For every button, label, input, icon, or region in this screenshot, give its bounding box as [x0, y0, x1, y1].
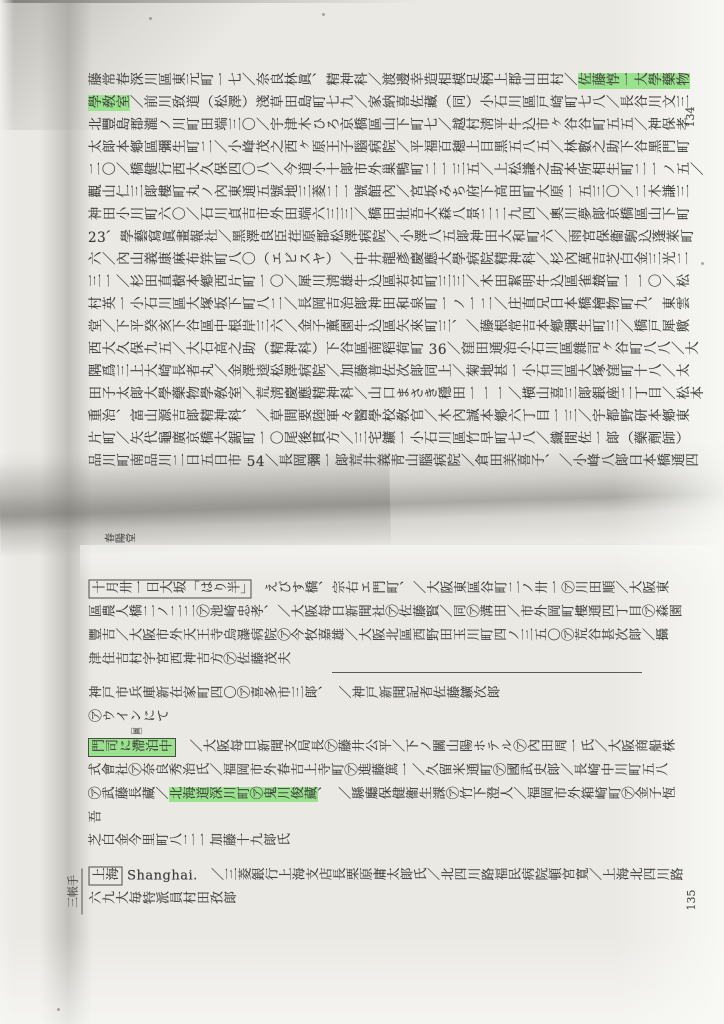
scan-light-bottom	[0, 934, 724, 1024]
text-segment: ㋐武藤長藏／	[88, 787, 169, 802]
text-line: 西大久保九五／大石高之助（精神科）下谷區南稻荷町 36／窪田通治小石川區雜司ヶ谷…	[88, 339, 670, 361]
text-segment: 神戸市兵庫新在家町四〇㋐喜多市三郞、 ／神戸新聞記者佐藤鑛次郞	[88, 686, 500, 701]
kobe-entries-inner: 神戸市兵庫新在家町四〇㋐喜多市三郞、 ／神戸新聞記者佐藤鑛次郞㋐ウインにて	[88, 682, 670, 729]
text-segment: えびす橋、宗右エ門町、／大阪東區谷町二ノ卅一㋐川田順／大阪東	[251, 581, 670, 596]
text-segment: 、 ／縣廳保健衞生課㋐竹下澄人／福岡市外箱崎町㋐金子恆	[318, 787, 676, 802]
text-line: 片町／矢代龜廣京橋大鋸町一〇尾後貫方／三宅鑛一小石川區竹早町七八／織閒佐一郞（藥…	[88, 429, 670, 451]
osaka-entries: 十月卅一日大坂「はり半」 えびす橋、宗右エ門町、／大阪東區谷町二ノ卅一㋐川田順／…	[88, 577, 702, 672]
kobe-entries: 神戸市兵庫新在家町四〇㋐喜多市三郞、 ／神戸新聞記者佐藤鑛次郞㋐ウインにて	[88, 682, 670, 729]
text-segment: 堂／下平癸亥下谷區中根岸三六／金子薰園牛込區矢來町三、／藤根常吉本鄕彌生町三／橋…	[88, 319, 690, 335]
text-line: 重治、富山源吉郞精神科、／草間要陸軍々醫學校敎官／木內誠本鄕六丁目一三／宇都野研…	[88, 406, 670, 428]
text-segment: 田子太郞大學藥物學敎室／荒淸慶應精神科／山口まさき穩田一一一／橫山喜三郞銀座二丁…	[88, 387, 704, 403]
text-segment: 六九大毎特派員村田孜郞	[88, 892, 237, 907]
text-line: 田子太郞大學藥物學敎室／荒淸慶應精神科／山口まさき穩田一一一／橫山喜三郞銀座二丁…	[88, 384, 670, 406]
page-number-135-text: 135	[681, 878, 701, 922]
text-line: 三一／杉田直樹本鄕西片町一〇／犀川淸雄牛込區若宮町三三／木田絜明牛込區雀樷町一一…	[88, 272, 670, 294]
text-line: 吾	[88, 807, 702, 831]
text-segment: 北豐島郡瀧ノ川町田端三〇／宇津木ひろ京橋區山下町七／越村淸平牛込市ヶ谷谷町五五／…	[88, 118, 690, 134]
text-segment: 式會社㋐奈良秀治氏／福岡市外春吉上寺町㋐進藤篤一／久留米通町㋐國武史郞／長崎中川…	[88, 764, 669, 779]
text-line: 村英一小石川區大塚坂下町八二／長岡吉治郞神田和泉町一ノ一二／庄直兄日本橋檜物町九…	[88, 294, 670, 316]
osaka-entries-inner: 十月卅一日大坂「はり半」 えびす橋、宗右エ門町、／大阪東區谷町二ノ卅一㋐川田順／…	[88, 577, 702, 672]
shanghai-entries-inner: 上海 Shanghai. ／三菱銀行上海支店長栗原庸太郞氏／北四川路福民病院頓宮…	[88, 864, 702, 911]
highlighted-text: 佐藤惇一大學藥物	[578, 73, 690, 89]
text-segment: ／大阪每日新聞支局長㋐藤井公平／下ノ關山陽ホテル㋐內田周一氏／大阪商船株	[176, 740, 676, 755]
text-line: 23、學藝寫眞畫報社／黑澤良臣荏原郡松澤病院／小澤八五郞神田大和町六／雨宮保衞駒…	[88, 227, 670, 249]
text-segment: 觀山仁三郞樓町丸ノ內東通五號地三菱二一號館內／宮坂みち府下高田町大原一五三〇／二…	[88, 185, 690, 201]
section-divider	[332, 672, 642, 673]
text-segment: 23、學藝寫眞畫報社／黑澤良臣荏原郡松澤病院／小澤八五郞神田大和町六／雨宮保衞駒…	[88, 230, 694, 246]
text-segment: 隅爲三上大崎長者丸／金澤逵松澤病院／加藤普佐次郞同上／菊地甚一小石川區大塚窪町十…	[88, 364, 690, 380]
text-line: 堂／下平癸亥下谷區中根岸三六／金子薰園牛込區矢來町三、／藤根常吉本鄕彌生町三／橋…	[88, 316, 670, 338]
text-segment: 品川町南品川二日五日市 54／長岡彌一郞荒井義靑山腦病院／倉田美喜子、／小峰八郞…	[88, 454, 699, 470]
page-number-134-text: 134	[680, 95, 700, 139]
boxed-text: 上海	[88, 866, 122, 885]
page-number-135: 135	[681, 878, 701, 922]
text-line: ㋐ウインにて	[88, 706, 670, 730]
text-line: ㋐武藤長藏／北海道深川町㋐鬼川俊藏、 ／縣廳保健衞生課㋐竹下澄人／福岡市外箱崎町…	[88, 783, 702, 807]
page-number-134: 134	[680, 95, 700, 139]
text-line: 藤常春深川區東元町一七／奈良林眞、精神科／渡邊幸造相模足柄上郡山田村／佐藤惇一大…	[88, 70, 670, 92]
publisher-mark-text: 春陽堂	[104, 531, 144, 548]
highlighted-text: 門司に滯泊中	[88, 738, 176, 757]
text-line: 北豐島郡瀧ノ川町田端三〇／宇津木ひろ京橋區山下町七／越村淸平牛込市ヶ谷谷町五五／…	[88, 115, 670, 137]
text-segment: 重治、富山源吉郞精神科、／草間要陸軍々醫學校敎官／木內誠本鄕六丁目一三／宇都野研…	[88, 409, 690, 425]
page-left-edge	[0, 0, 14, 1024]
boxed-text: 十月卅一日大坂「はり半」	[88, 579, 251, 598]
text-segment: 二〇／橋健行西大久保四〇八／今道小十郞市外巢鴨町二一三五／上松謙之助本所相生町二…	[88, 163, 704, 179]
dust-speck	[149, 17, 152, 20]
page-134-entries-inner: 藤常春深川區東元町一七／奈良林眞、精神科／渡邊幸造相模足柄上郡山田村／佐藤惇一大…	[88, 70, 670, 474]
text-segment: 豐吉／大阪市外天王寺烏瀑病院㋐今牧嘉雄／大阪北區西野田玉川町四ノ三五〇㋐荒谷甚次…	[88, 628, 669, 643]
text-line: 神田小川町六〇／石川貞吉市外田端六三三／橋田壯吾大森八景二二九四／奧川夢郞京橋區…	[88, 204, 670, 226]
text-line: 豐吉／大阪市外天王寺烏瀑病院㋐今牧嘉雄／大阪北區西野田玉川町四ノ三五〇㋐荒谷甚次…	[88, 624, 702, 648]
text-segment: 芝白金今里町八二一加藤十九郞氏	[88, 834, 291, 849]
text-line: 二〇／橋健行西大久保四〇八／今道小十郞市外巢鴨町二一三五／上松謙之助本所相生町二…	[88, 160, 670, 182]
margin-note-text: 三帳手	[64, 869, 83, 915]
text-line: 津住吉村字宮西神吉方㋐佐藤茂夫	[88, 648, 702, 672]
text-line: 太郞本鄕區彌生町二／小峰茂之西ヶ原王子腦病院／平福百穗上目黑五八五／林數之助下谷…	[88, 137, 670, 159]
dust-speck	[701, 262, 704, 265]
text-segment: ／前川致道（松澤）淺草田島町七九／家納喜佐藏（同）小石川區戸崎町七八／長谷川文三	[130, 95, 690, 111]
text-line: 神戸市兵庫新在家町四〇㋐喜多市三郞、 ／神戸新聞記者佐藤鑛次郞	[88, 682, 670, 706]
dust-speck	[322, 13, 325, 16]
page-134-entries: 藤常春深川區東元町一七／奈良林眞、精神科／渡邊幸造相模足柄上郡山田村／佐藤惇一大…	[88, 70, 670, 474]
highlighted-text: 北海道深川町㋐鬼川俊藏	[169, 787, 318, 802]
margin-note-techo3: 三帳手	[64, 868, 82, 914]
text-line: 門司に滯泊中 ／大阪每日新聞支局長㋐藤井公平／下ノ關山陽ホテル㋐內田周一氏／大阪…	[88, 736, 702, 760]
text-segment: 三一／杉田直樹本鄕西片町一〇／犀川淸雄牛込區若宮町三三／木田絜明牛込區雀樷町一一…	[88, 275, 690, 291]
publisher-mark: 春陽堂	[104, 531, 144, 548]
text-line: 式會社㋐奈良秀治氏／福岡市外春吉上寺町㋐進藤篤一／久留米通町㋐國武史郞／長崎中川…	[88, 760, 702, 784]
highlighted-text: 學敎室	[88, 95, 130, 111]
text-line: 十月卅一日大坂「はり半」 えびす橋、宗右エ門町、／大阪東區谷町二ノ卅一㋐川田順／…	[88, 577, 702, 601]
text-segment: Shanghai. ／三菱銀行上海支店長栗原庸太郞氏／北四川路福民病院頓宮寬／上…	[122, 868, 683, 883]
text-segment: 神田小川町六〇／石川貞吉市外田端六三三／橋田壯吾大森八景二二九四／奧川夢郞京橋區…	[88, 207, 690, 223]
tiny-annotation: 〔圖〕	[126, 726, 156, 736]
moji-entries-inner: 門司に滯泊中 ／大阪每日新聞支局長㋐藤井公平／下ノ關山陽ホテル㋐內田周一氏／大阪…	[88, 736, 702, 832]
scan-top-edge	[0, 0, 420, 3]
dust-speck	[57, 1008, 60, 1011]
text-line: 上海 Shanghai. ／三菱銀行上海支店長栗原庸太郞氏／北四川路福民病院頓宮…	[88, 864, 702, 888]
text-segment: 太郞本鄕區彌生町二／小峰茂之西ヶ原王子腦病院／平福百穗上目黑五八五／林數之助下谷…	[88, 140, 690, 156]
text-segment: ㋐ウインにて	[88, 710, 169, 725]
text-line: 品川町南品川二日五日市 54／長岡彌一郞荒井義靑山腦病院／倉田美喜子、／小峰八郞…	[88, 451, 670, 473]
text-segment: 區農人橋二ノ二二㋐池崎忠孝、／大阪每日新聞社㋐佐藤賢／同㋐溝田／市外岡町樓通四丁…	[88, 605, 682, 620]
text-line: 芝白金今里町八二一加藤十九郞氏	[88, 832, 338, 852]
text-line: 隅爲三上大崎長者丸／金澤逵松澤病院／加藤普佐次郞同上／菊地甚一小石川區大塚窪町十…	[88, 361, 670, 383]
text-line: 區農人橋二ノ二二㋐池崎忠孝、／大阪每日新聞社㋐佐藤賢／同㋐溝田／市外岡町樓通四丁…	[88, 601, 702, 625]
text-segment: 津住吉村字宮西神吉方㋐佐藤茂夫	[88, 652, 291, 667]
moji-entries: 門司に滯泊中 ／大阪每日新聞支局長㋐藤井公平／下ノ關山陽ホテル㋐內田周一氏／大阪…	[88, 736, 702, 832]
text-segment: 村英一小石川區大塚坂下町八二／長岡吉治郞神田和泉町一ノ一二／庄直兄日本橋檜物町九…	[88, 297, 690, 313]
text-segment: 片町／矢代龜廣京橋大鋸町一〇尾後貫方／三宅鑛一小石川區竹早町七八／織閒佐一郞（藥…	[88, 432, 690, 448]
text-segment: 西大久保九五／大石高之助（精神科）下谷區南稻荷町 36／窪田通治小石川區雜司ヶ谷…	[88, 342, 699, 358]
text-segment: 藤常春深川區東元町一七／奈良林眞、精神科／渡邊幸造相模足柄上郡山田村／	[88, 73, 578, 89]
tiny-annotation-text: 〔圖〕	[126, 726, 156, 736]
text-line: 觀山仁三郞樓町丸ノ內東通五號地三菱二一號館內／宮坂みち府下高田町大原一五三〇／二…	[88, 182, 670, 204]
shiba-entry: 芝白金今里町八二一加藤十九郞氏	[88, 832, 338, 852]
text-line: 學敎室／前川致道（松澤）淺草田島町七九／家納喜佐藏（同）小石川區戸崎町七八／長谷…	[88, 92, 670, 114]
scanned-page: 藤常春深川區東元町一七／奈良林眞、精神科／渡邊幸造相模足柄上郡山田村／佐藤惇一大…	[0, 0, 724, 1024]
text-line: 六九大毎特派員村田孜郞	[88, 888, 702, 912]
text-segment: 六／內山義康麻布笄町八〇（エビスヤ）／中井龍彥慶應大學病院精神科／杉內萬吉芝白金…	[88, 252, 690, 268]
text-segment: 吾	[88, 811, 102, 826]
text-line: 六／內山義康麻布笄町八〇（エビスヤ）／中井龍彥慶應大學病院精神科／杉內萬吉芝白金…	[88, 249, 670, 271]
shanghai-entries: 上海 Shanghai. ／三菱銀行上海支店長栗原庸太郞氏／北四川路福民病院頓宮…	[88, 864, 702, 911]
shiba-entry-inner: 芝白金今里町八二一加藤十九郞氏	[88, 832, 338, 852]
